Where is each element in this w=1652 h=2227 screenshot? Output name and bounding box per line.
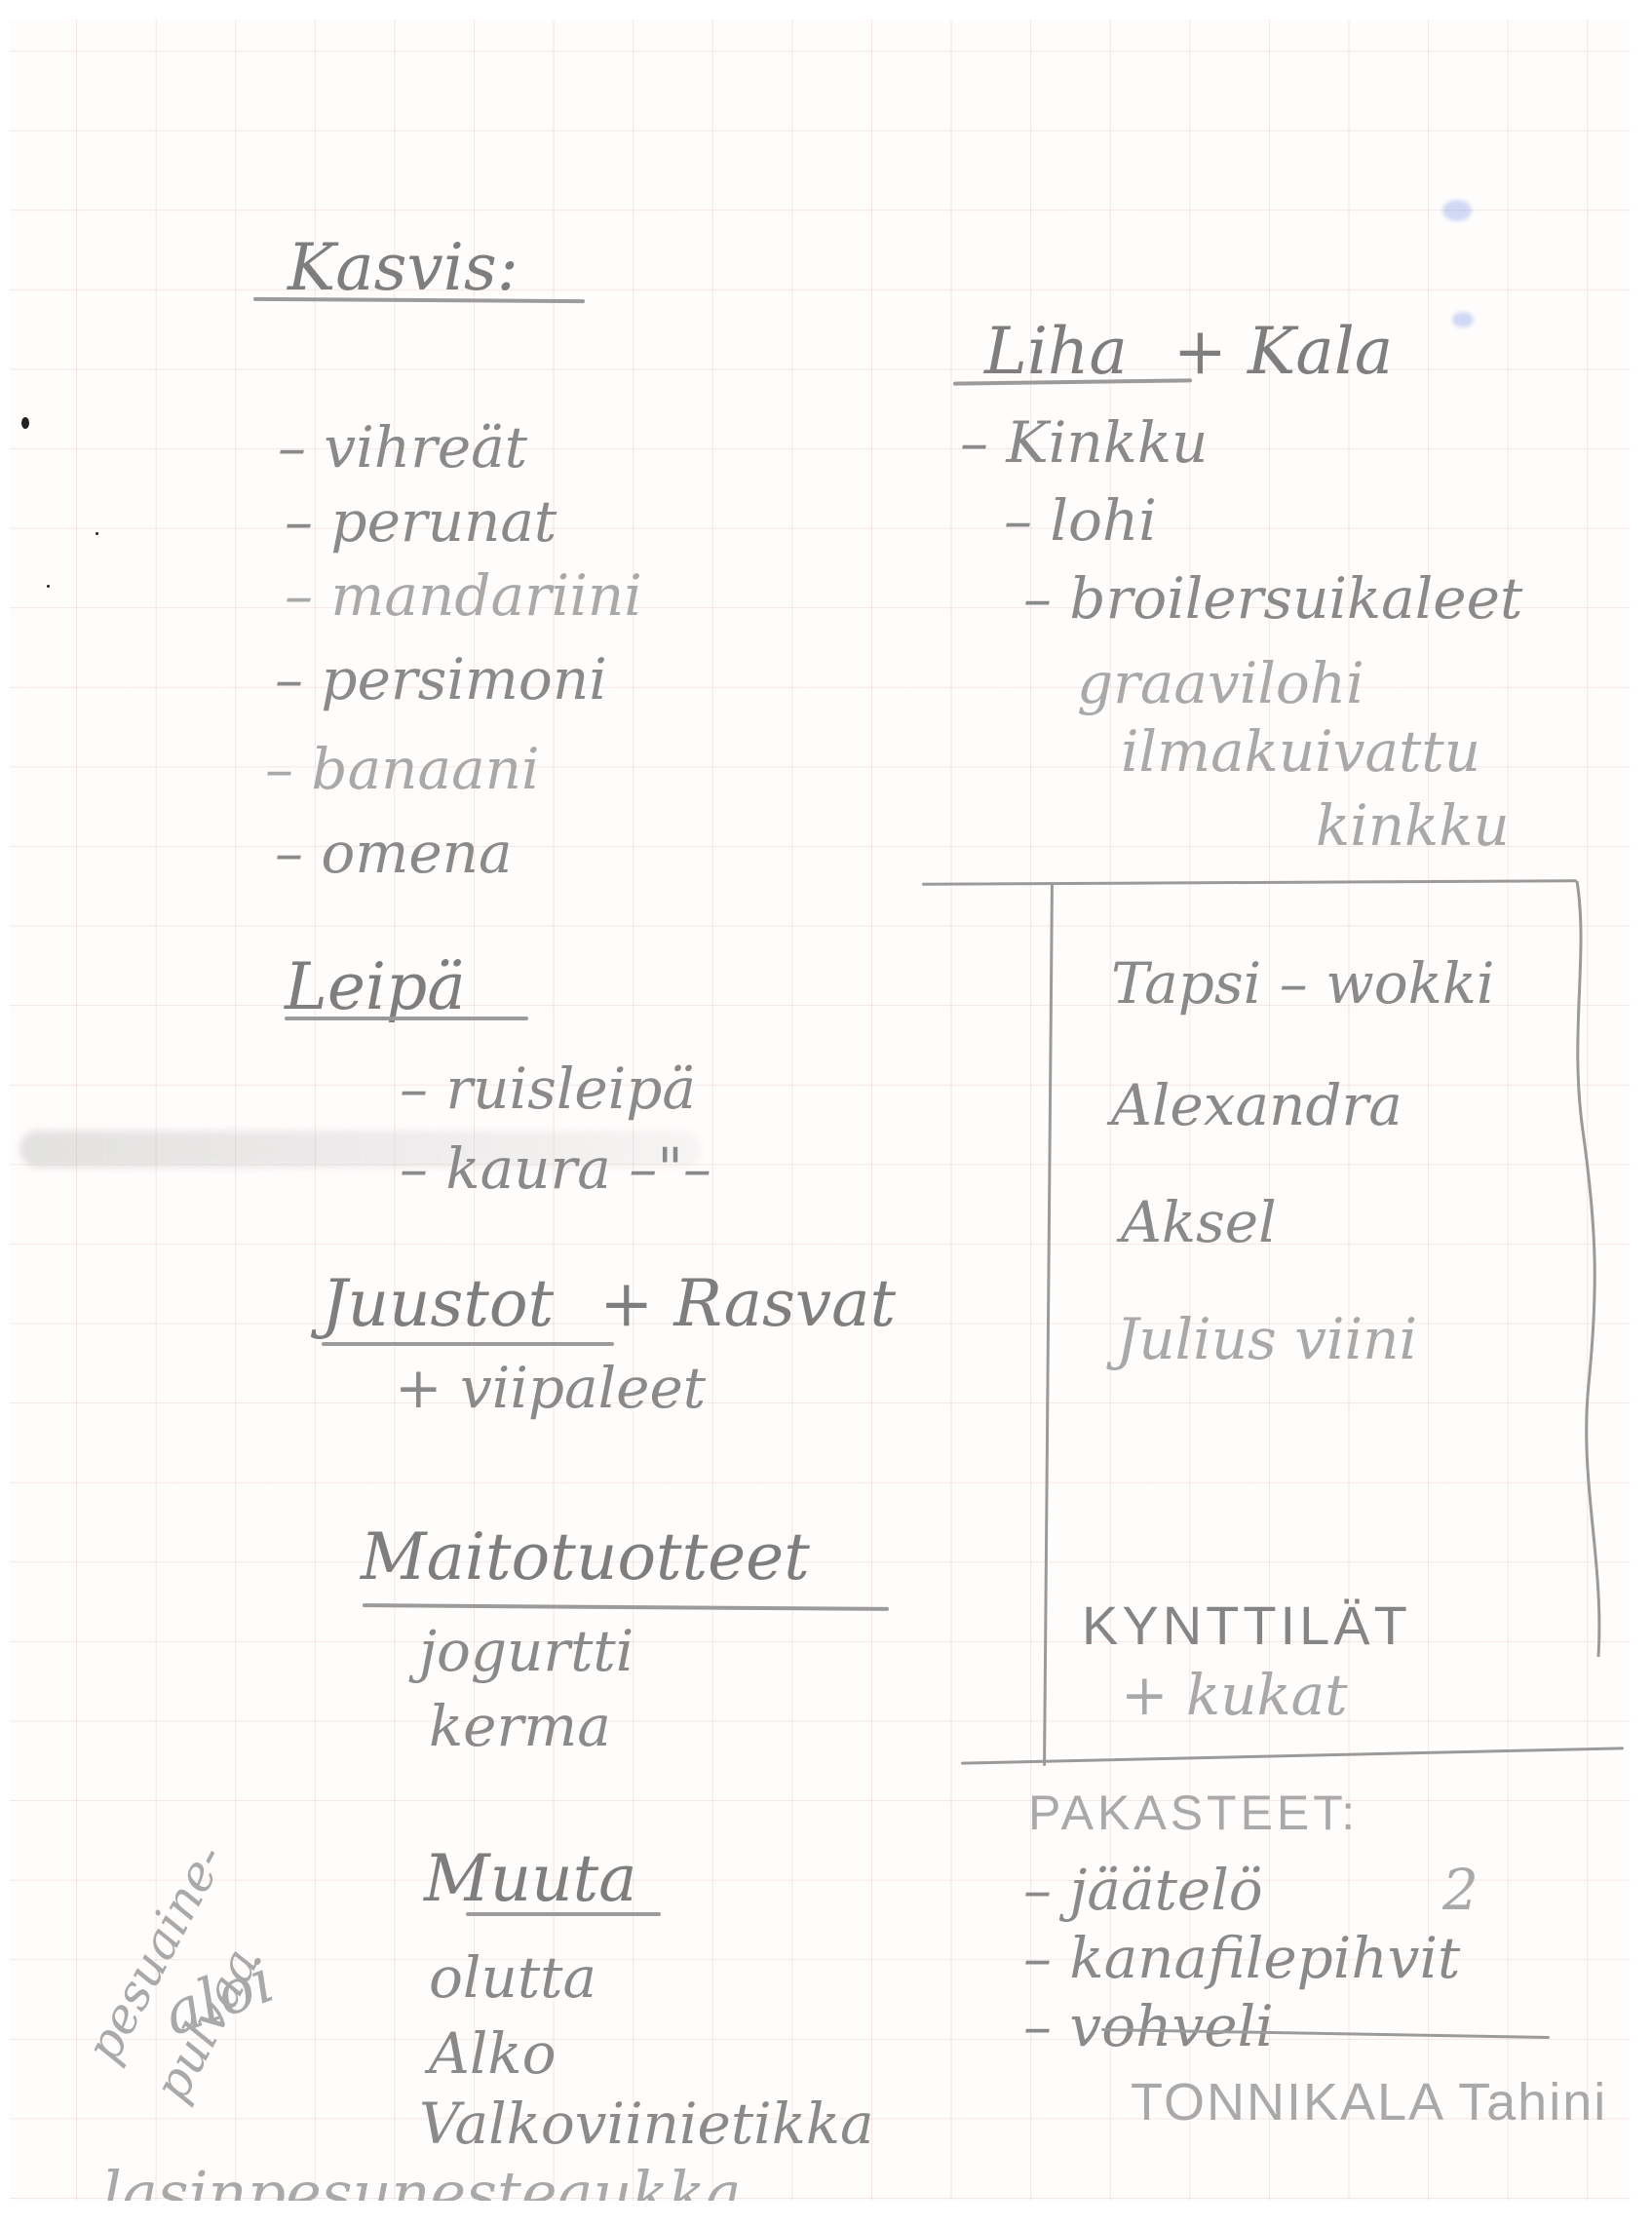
section-heading-dairy: Maitotuotteet	[361, 1525, 810, 1590]
list-item: – vihreät	[278, 419, 527, 476]
list-item: ilmakuivattu	[1121, 723, 1480, 780]
list-item: olutta	[429, 1949, 596, 2006]
heading-fish-text: + Kala	[1173, 314, 1393, 389]
boxed-item: + kukat	[1121, 1667, 1348, 1723]
list-item: – jäätelö	[1023, 1862, 1263, 1918]
boxed-item: Tapsi – wokki	[1111, 955, 1494, 1012]
ink-speck	[21, 417, 29, 429]
list-item: – persimoni	[275, 651, 607, 708]
grid-paper-sheet: Kasvis: – vihreät – perunat – mandariini…	[10, 19, 1630, 2201]
heading-underline	[363, 1603, 889, 1611]
section-heading-meat-fish: Liha + Kala	[984, 320, 1393, 384]
box-left-border	[1043, 883, 1054, 1766]
section-heading-bread: Leipä	[285, 955, 466, 1019]
list-item: – lohi	[1004, 492, 1157, 549]
boxed-item: Aksel	[1121, 1194, 1277, 1250]
section-heading-vegetables: Kasvis:	[288, 236, 519, 300]
ink-speck	[47, 585, 50, 588]
heading-underline	[466, 1912, 661, 1916]
list-item: kinkku	[1316, 797, 1510, 854]
heading-meat-text: Liha	[984, 314, 1128, 389]
heading-underline	[322, 1342, 614, 1346]
section-heading-other: Muuta	[424, 1847, 636, 1911]
list-item: – omena	[275, 825, 513, 881]
boxed-item: Julius viini	[1116, 1311, 1417, 1367]
list-item: jogurtti	[419, 1623, 634, 1679]
heading-underline	[285, 1017, 528, 1020]
list-item: Alko	[429, 2025, 557, 2082]
cutoff-text: lasinpesunesteaukka	[102, 2164, 742, 2201]
boxed-item: KYNTTILÄT	[1082, 1598, 1411, 1653]
list-item: graavilohi	[1077, 655, 1364, 711]
divider-line	[922, 879, 1577, 886]
ink-speck	[96, 532, 98, 535]
list-item: – kanafilepihvit	[1023, 1930, 1460, 1986]
list-item: – vohveli	[1023, 1998, 1274, 2054]
divider-line	[961, 1747, 1624, 1764]
list-item: kerma	[429, 1698, 611, 1754]
quantity-note: 2	[1442, 1862, 1479, 1918]
blue-ink-stain	[1452, 312, 1474, 327]
section-heading-cheese: Juustot + Rasvat	[322, 1272, 896, 1336]
list-item: + viipaleet	[395, 1360, 706, 1416]
boxed-item: Alexandra	[1111, 1077, 1402, 1133]
list-item: – kaura –"–	[400, 1140, 711, 1197]
heading-fats-text: + Rasvat	[599, 1266, 896, 1341]
list-item: – Kinkku	[960, 414, 1208, 471]
box-right-border	[1559, 877, 1628, 1667]
list-item: Valkoviinietikka	[419, 2095, 874, 2152]
bottom-note: TONNIKALA Tahini	[1131, 2076, 1607, 2129]
list-item: – broilersuikaleet	[1023, 570, 1522, 627]
list-item: – ruisleipä	[400, 1060, 696, 1117]
section-heading-frozen: PAKASTEET:	[1028, 1788, 1359, 1837]
list-item: – mandariini	[285, 567, 642, 624]
blue-ink-stain	[1442, 200, 1472, 221]
list-item: – perunat	[285, 493, 557, 550]
list-item: – banaani	[265, 741, 540, 797]
heading-cheese-text: Juustot	[322, 1266, 554, 1341]
